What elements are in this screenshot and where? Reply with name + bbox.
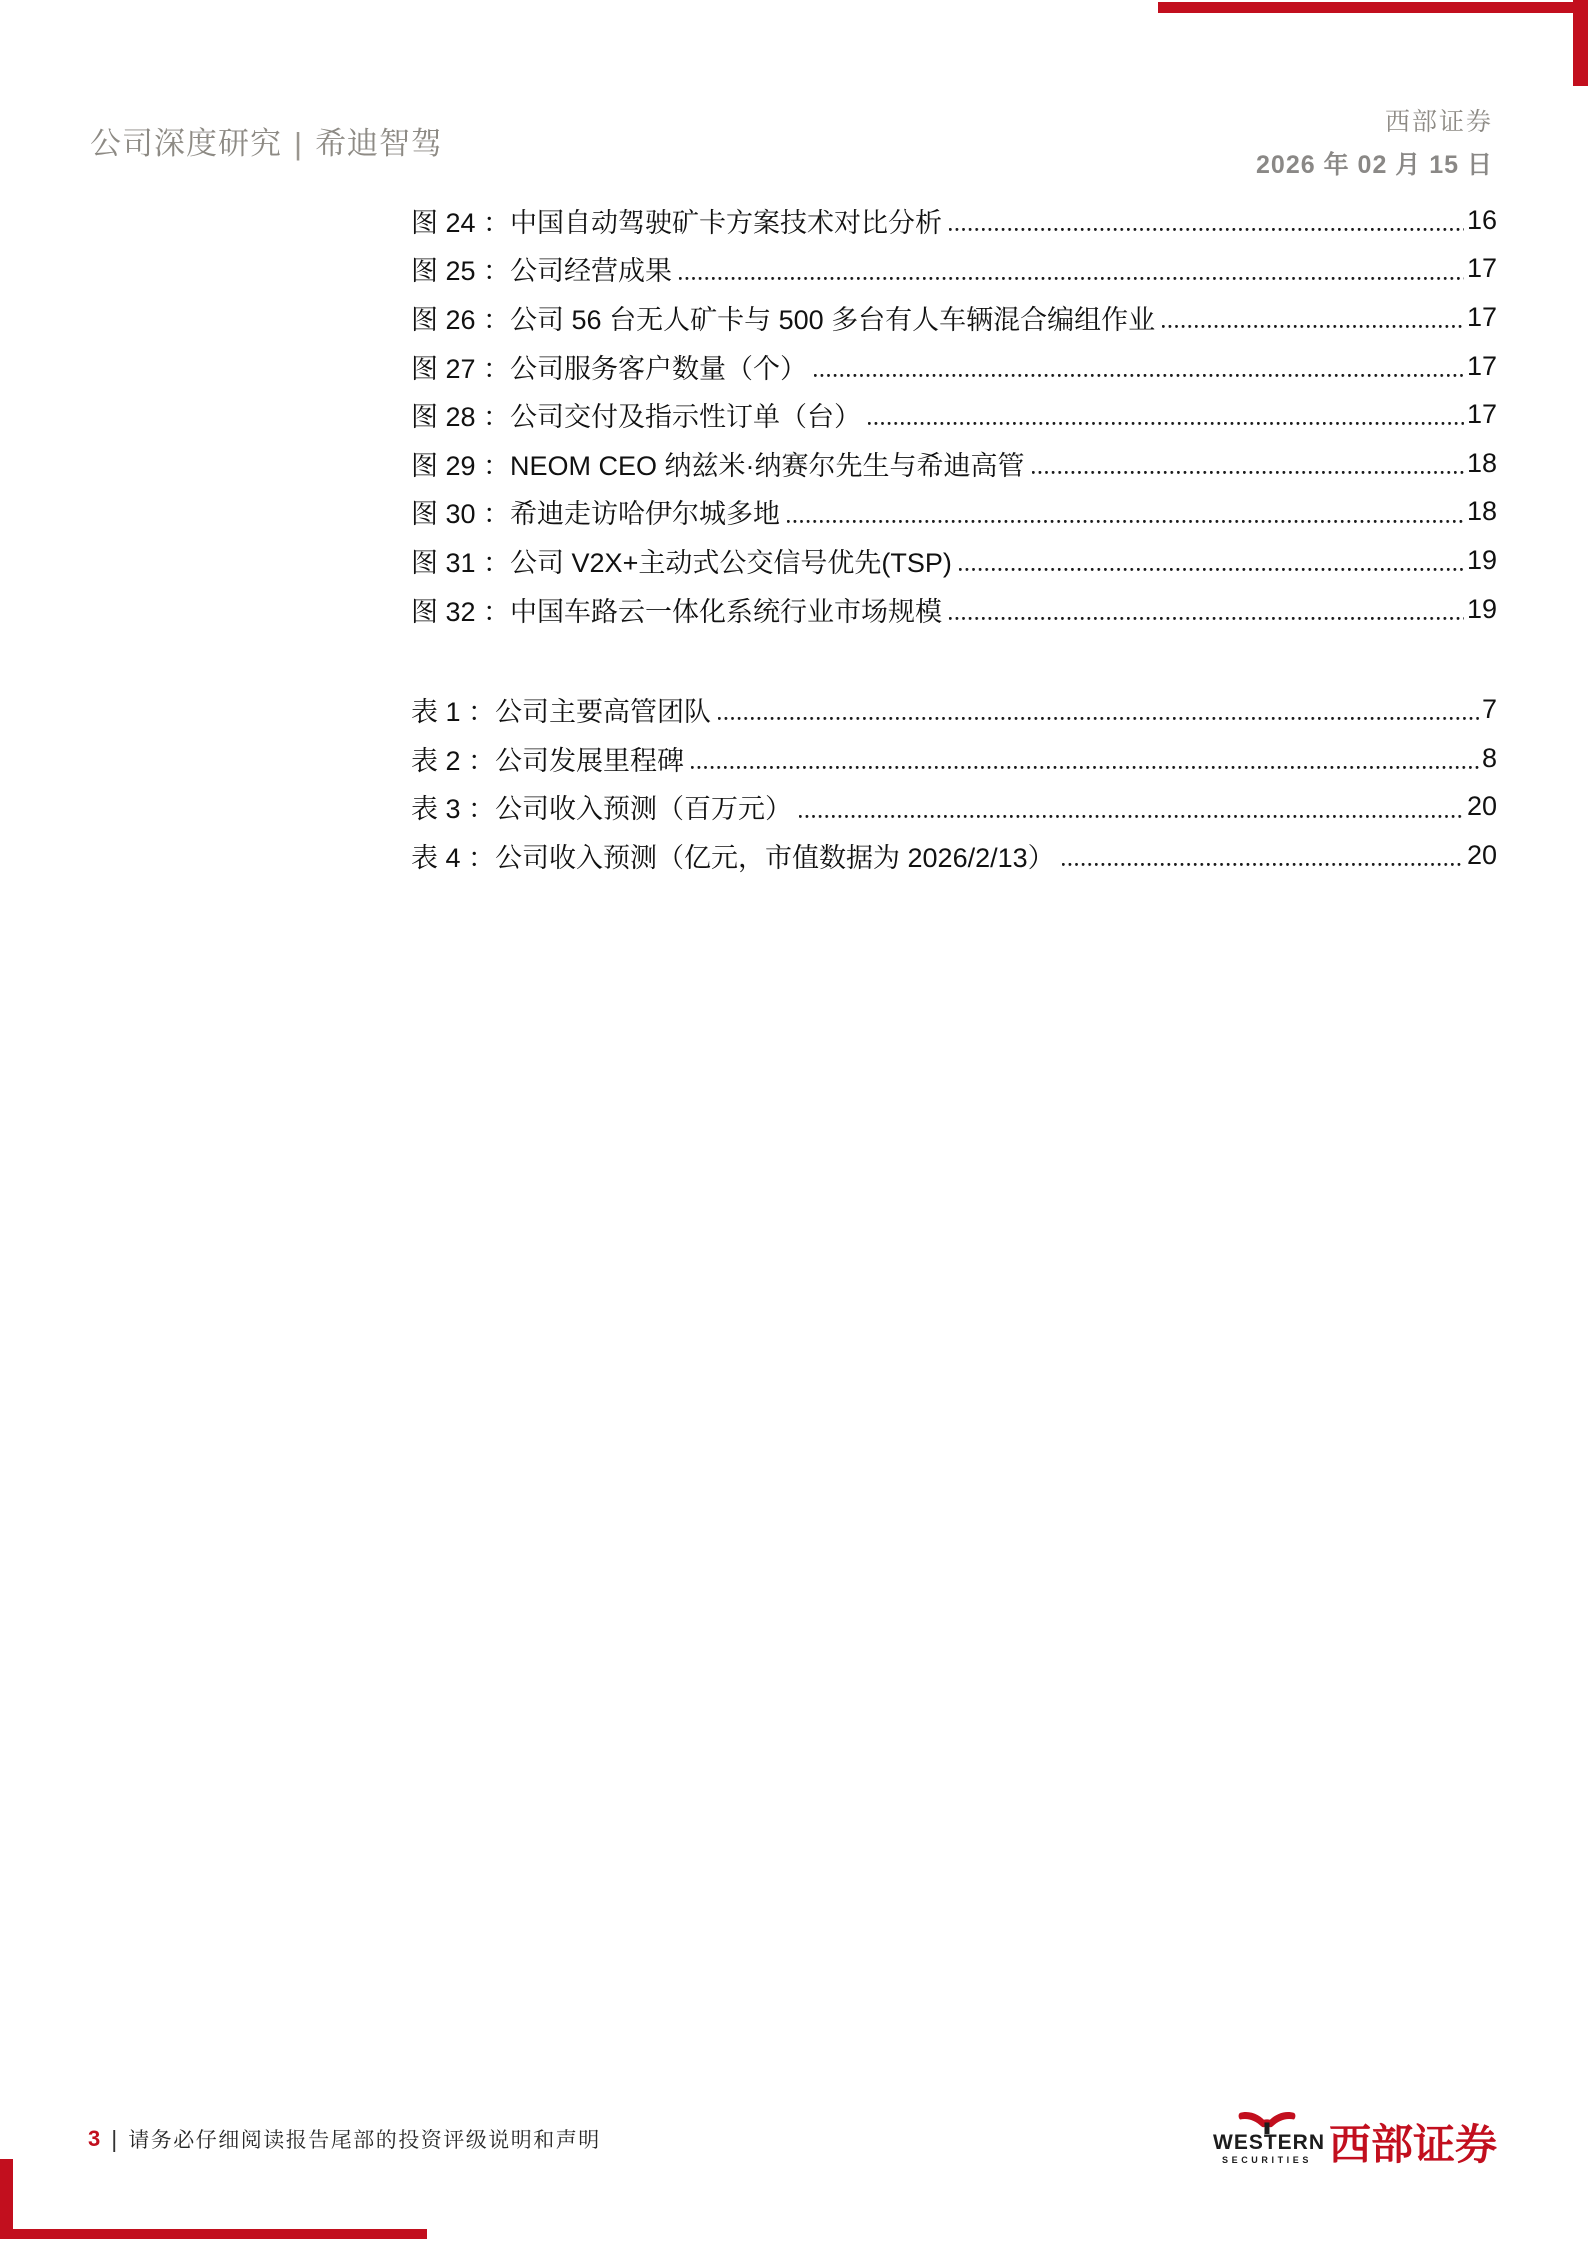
dot-leader: [1032, 450, 1464, 477]
report-date: 2026 年 02 月 15 日: [1256, 145, 1493, 181]
top-right-bar-vertical: [1573, 0, 1588, 86]
toc-entry-label: 图 32 ：中国车路云一体化系统行业市场规模: [411, 590, 942, 629]
toc-entry[interactable]: 图 25 ：公司经营成果17: [411, 245, 1497, 294]
report-category: 公司深度研究: [90, 126, 282, 161]
top-right-bar-horizontal: [1158, 2, 1588, 13]
toc-entry[interactable]: 表 2 ：公司发展里程碑8: [411, 734, 1497, 783]
dot-leader: [814, 353, 1464, 380]
toc-entry[interactable]: 图 26 ：公司 56 台无人矿卡与 500 多台有人车辆混合编组作业17: [411, 293, 1497, 342]
toc-entry-page: 17: [1467, 399, 1497, 430]
toc-entry-label: 图 31 ：公司 V2X+主动式公交信号优先(TSP): [411, 541, 952, 580]
brand-name: 西部证券: [1256, 102, 1493, 138]
logo-subtext-en: SECURITIES: [1213, 2156, 1321, 2165]
toc-entry-page: 17: [1467, 351, 1497, 382]
footer-separator: |: [111, 2126, 117, 2153]
report-toc-page: 公司深度研究|希迪智驾 西部证券 2026 年 02 月 15 日 图 24 ：…: [0, 0, 1588, 2245]
toc-entry-label: 表 4 ：公司收入预测（亿元，市值数据为 2026/2/13）: [411, 836, 1055, 875]
dot-leader: [868, 401, 1464, 428]
toc-entry-page: 19: [1467, 594, 1497, 625]
toc-entry[interactable]: 表 3 ：公司收入预测（百万元）20: [411, 783, 1497, 832]
toc-entry-page: 18: [1467, 448, 1497, 479]
logo-text-cn: 西部证券: [1329, 2125, 1497, 2165]
toc-entry-label: 表 1 ：公司主要高管团队: [411, 690, 711, 729]
bottom-left-bar-vertical: [0, 2159, 13, 2239]
dot-leader: [949, 207, 1464, 234]
dot-leader: [718, 696, 1479, 723]
toc-entry-page: 20: [1467, 840, 1497, 871]
toc-entry[interactable]: 图 31 ：公司 V2X+主动式公交信号优先(TSP)19: [411, 536, 1497, 585]
toc-entry-label: 图 27 ：公司服务客户数量（个）: [411, 347, 807, 386]
logo-left-block: WESTERN SECURITIES: [1213, 2108, 1321, 2165]
toc-entry-page: 19: [1467, 545, 1497, 576]
dot-leader: [799, 793, 1464, 820]
toc-entry-page: 17: [1467, 302, 1497, 333]
footer: 3 | 请务必仔细阅读报告尾部的投资评级说明和声明: [88, 2122, 601, 2156]
toc-entry[interactable]: 图 27 ：公司服务客户数量（个）17: [411, 342, 1497, 391]
toc-entry-label: 表 2 ：公司发展里程碑: [411, 739, 684, 778]
toc-entry-label: 图 29 ：NEOM CEO 纳兹米·纳赛尔先生与希迪高管: [411, 444, 1025, 483]
company-name: 希迪智驾: [315, 126, 443, 161]
toc-entry-page: 20: [1467, 791, 1497, 822]
toc-entry-page: 17: [1467, 253, 1497, 284]
toc-entry-label: 表 3 ：公司收入预测（百万元）: [411, 787, 792, 826]
western-securities-logo: WESTERN SECURITIES 西部证券: [1213, 2108, 1497, 2165]
toc-entry[interactable]: 图 24 ：中国自动驾驶矿卡方案技术对比分析16: [411, 196, 1497, 245]
toc-entry[interactable]: 图 29 ：NEOM CEO 纳兹米·纳赛尔先生与希迪高管18: [411, 439, 1497, 488]
header-separator: |: [294, 126, 303, 161]
toc-entry-page: 16: [1467, 205, 1497, 236]
toc-entry-label: 图 25 ：公司经营成果: [411, 249, 672, 288]
header-left: 公司深度研究|希迪智驾: [90, 118, 443, 163]
figures-list: 图 24 ：中国自动驾驶矿卡方案技术对比分析16图 25 ：公司经营成果17图 …: [411, 196, 1497, 633]
dot-leader: [959, 547, 1464, 574]
tables-list: 表 1 ：公司主要高管团队7表 2 ：公司发展里程碑8表 3 ：公司收入预测（百…: [411, 685, 1497, 879]
toc-entry[interactable]: 图 30 ：希迪走访哈伊尔城多地18: [411, 488, 1497, 537]
toc-entry[interactable]: 图 28 ：公司交付及指示性订单（台）17: [411, 390, 1497, 439]
toc-entry-page: 7: [1482, 694, 1497, 725]
header-right: 西部证券 2026 年 02 月 15 日: [1256, 102, 1493, 181]
table-of-contents: 图 24 ：中国自动驾驶矿卡方案技术对比分析16图 25 ：公司经营成果17图 …: [411, 196, 1497, 880]
toc-entry-label: 图 28 ：公司交付及指示性订单（台）: [411, 395, 861, 434]
bottom-left-bar-horizontal: [0, 2229, 427, 2239]
toc-entry[interactable]: 表 1 ：公司主要高管团队7: [411, 685, 1497, 734]
dot-leader: [691, 745, 1479, 772]
dot-leader: [949, 596, 1464, 623]
footer-page-number: 3: [88, 2126, 100, 2152]
logo-text-en: WESTERN: [1213, 2132, 1321, 2153]
dot-leader: [1062, 842, 1464, 869]
toc-entry-label: 图 24 ：中国自动驾驶矿卡方案技术对比分析: [411, 201, 942, 240]
dot-leader: [679, 255, 1464, 282]
toc-entry-label: 图 30 ：希迪走访哈伊尔城多地: [411, 492, 780, 531]
toc-entry-label: 图 26 ：公司 56 台无人矿卡与 500 多台有人车辆混合编组作业: [411, 298, 1155, 337]
toc-entry-page: 8: [1482, 743, 1497, 774]
toc-entry[interactable]: 表 4 ：公司收入预测（亿元，市值数据为 2026/2/13）20: [411, 831, 1497, 880]
footer-disclaimer: 请务必仔细阅读报告尾部的投资评级说明和声明: [128, 2124, 601, 2154]
toc-entry[interactable]: 图 32 ：中国车路云一体化系统行业市场规模19: [411, 585, 1497, 634]
dot-leader: [787, 498, 1464, 525]
dot-leader: [1162, 304, 1464, 331]
toc-entry-page: 18: [1467, 496, 1497, 527]
